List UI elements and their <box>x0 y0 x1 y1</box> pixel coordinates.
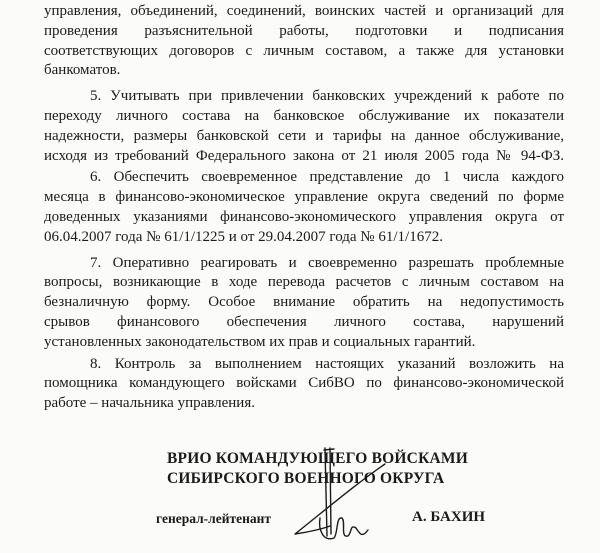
signatory-name: А. БАХИН <box>412 509 485 526</box>
signatory-rank: генерал-лейтенант <box>156 511 271 527</box>
signature-block: ВРИО КОМАНДУЮЩЕГО ВОЙСКАМИ СИБИРСКОГО ВО… <box>0 0 600 553</box>
handwritten-signature-icon <box>290 446 410 546</box>
